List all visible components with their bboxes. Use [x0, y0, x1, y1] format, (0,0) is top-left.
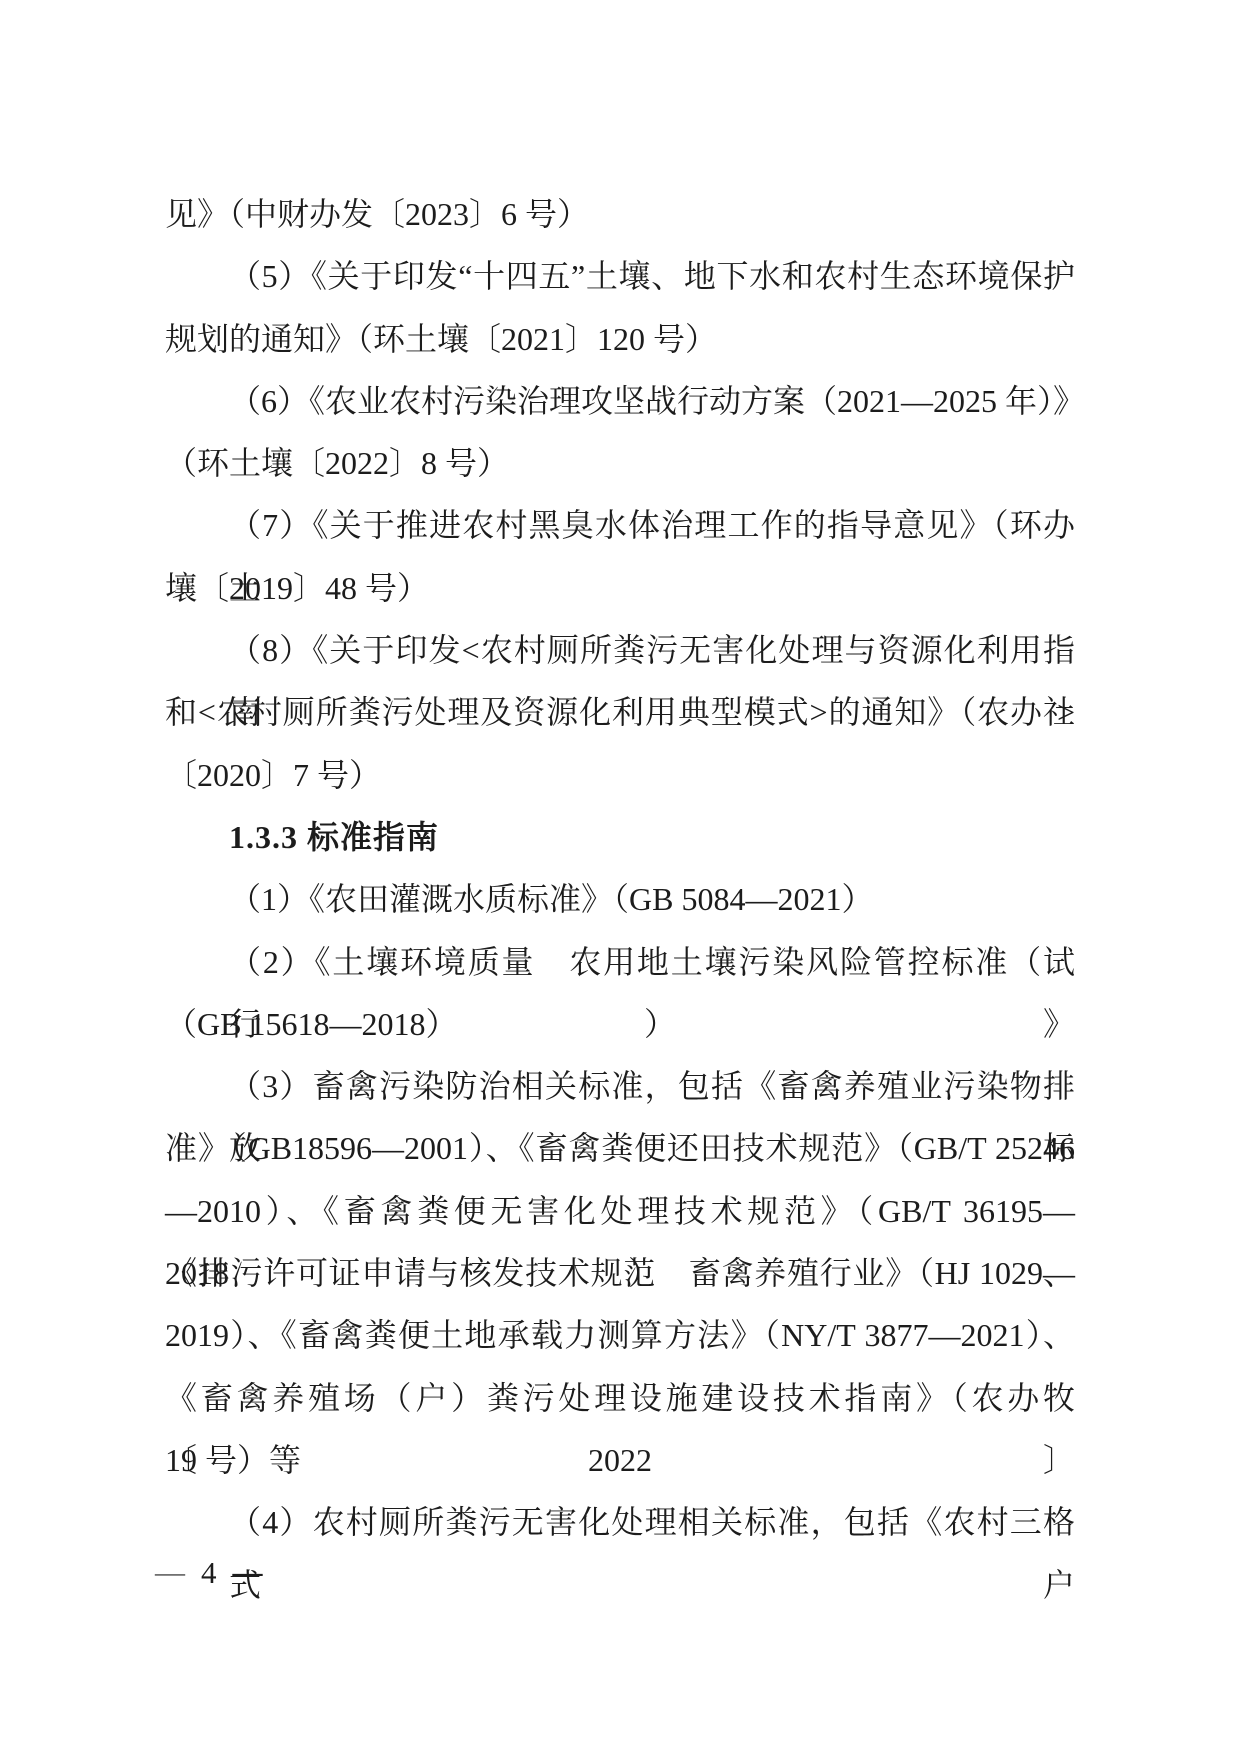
text-line: （6）《农业农村污染治理攻坚战行动方案（2021—2025 年）》 — [165, 370, 1075, 432]
text-line: 《畜禽养殖场（户）粪污处理设施建设技术指南》（农办牧〔2022〕 — [165, 1367, 1075, 1429]
page-number-right-dash-icon: — — [233, 1556, 263, 1590]
text-line: 〔2020〕7 号） — [165, 744, 1075, 806]
page-number: — 4 — — [155, 1556, 263, 1590]
text-line: （环土壤〔2022〕8 号） — [165, 432, 1075, 494]
text-line: （4）农村厕所粪污无害化处理相关标准，包括《农村三格式户 — [165, 1491, 1075, 1553]
text-line: 准》（GB18596—2001）、《畜禽粪便还田技术规范》（GB/T 25246 — [165, 1117, 1075, 1179]
text-line: （8）《关于印发<农村厕所粪污无害化处理与资源化利用指南> — [165, 619, 1075, 681]
text-line: 2019）、《畜禽粪便土地承载力测算方法》（NY/T 3877—2021）、 — [165, 1304, 1075, 1366]
text-line: —2010）、《畜禽粪便无害化处理技术规范》（GB/T 36195—2018）、 — [165, 1180, 1075, 1242]
text-line: 《排污许可证申请与核发技术规范 畜禽养殖行业》（HJ 1029— — [165, 1242, 1075, 1304]
text-line: （1）《农田灌溉水质标准》（GB 5084—2021） — [165, 868, 1075, 930]
text-line: （7）《关于推进农村黑臭水体治理工作的指导意见》（环办土 — [165, 494, 1075, 556]
text-line: 见》（中财办发〔2023〕6 号） — [165, 183, 1075, 245]
text-line: 规划的通知》（环土壤〔2021〕120 号） — [165, 308, 1075, 370]
document-page: 见》（中财办发〔2023〕6 号）（5）《关于印发“十四五”土壤、地下水和农村生… — [0, 0, 1240, 1754]
text-line: （3）畜禽污染防治相关标准，包括《畜禽养殖业污染物排放标 — [165, 1055, 1075, 1117]
document-body-text: 见》（中财办发〔2023〕6 号）（5）《关于印发“十四五”土壤、地下水和农村生… — [165, 183, 1075, 1554]
text-line: 壤〔2019〕48 号） — [165, 557, 1075, 619]
page-number-left-dash-icon: — — [155, 1560, 185, 1586]
text-line: （2）《土壤环境质量 农用地土壤污染风险管控标准（试行）》 — [165, 931, 1075, 993]
page-number-value: 4 — [201, 1556, 217, 1590]
text-line: 和<农村厕所粪污处理及资源化利用典型模式>的通知》（农办社 — [165, 681, 1075, 743]
section-heading: 1.3.3 标准指南 — [165, 806, 1075, 868]
text-line: （5）《关于印发“十四五”土壤、地下水和农村生态环境保护 — [165, 245, 1075, 307]
